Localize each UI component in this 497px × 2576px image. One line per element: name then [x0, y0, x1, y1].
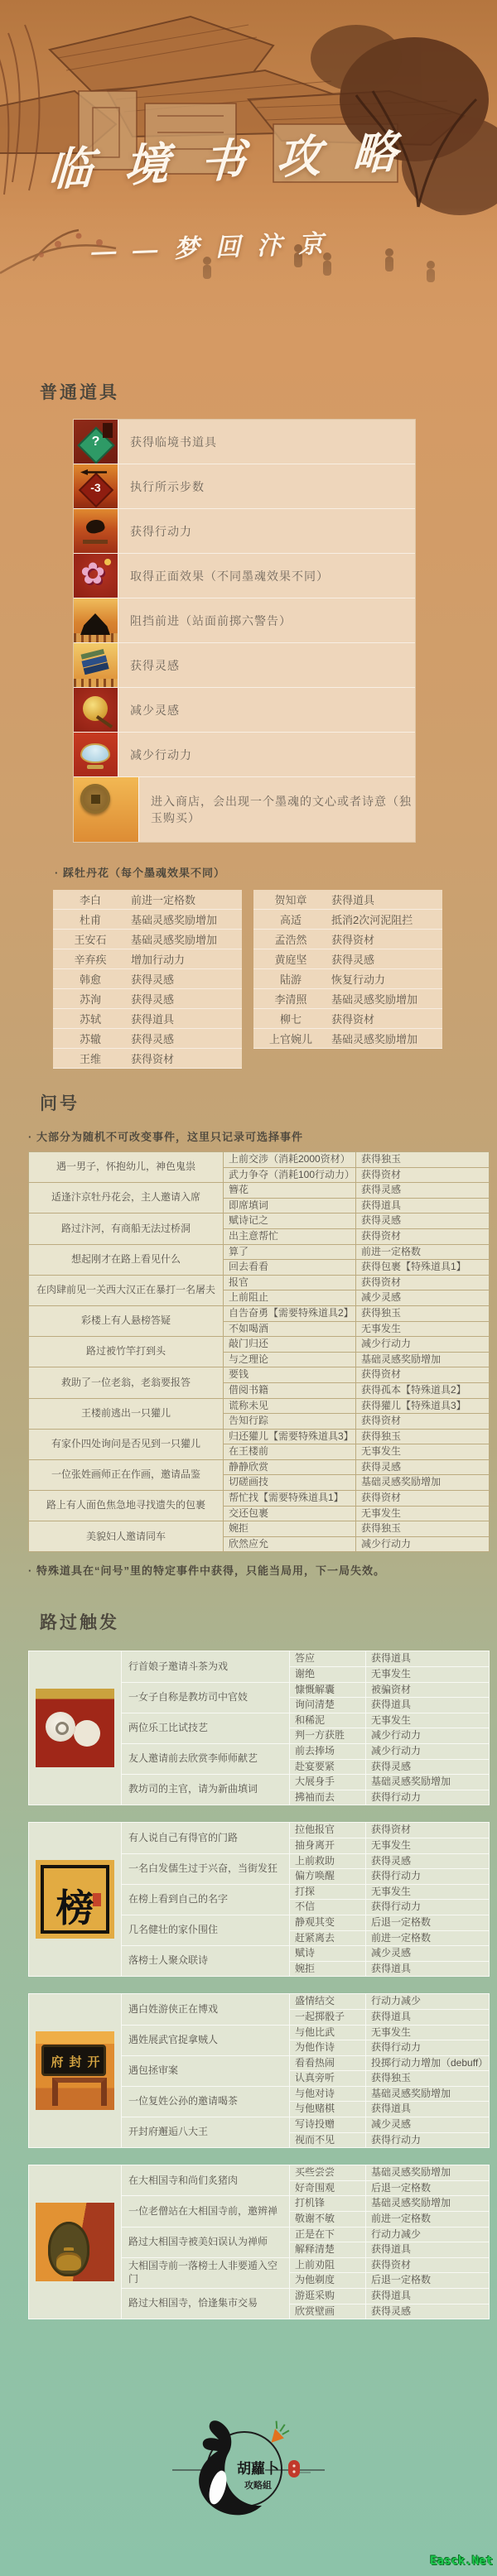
- choice-cell: 要钱: [224, 1367, 356, 1383]
- guide-page: 临境书攻略 ——梦回汴京 普通道具 ?获得临境书道具-3执行所示步数获得行动力取…: [0, 0, 497, 2576]
- result-cell: 被骗资材: [366, 1683, 490, 1699]
- choice-cell: 上前阻止: [224, 1290, 356, 1306]
- choice-cell: 不信: [290, 1900, 366, 1915]
- result-cell: 获得资材: [356, 1168, 490, 1184]
- mohun-name: 李清照: [253, 989, 328, 1009]
- event-cell: 一位复姓公孙的邀请喝茶: [122, 2087, 290, 2117]
- event-cell: 在肉肆前见一关西大汉正在暴打一名屠夫: [29, 1276, 224, 1306]
- choice-cell: 借阅书籍: [224, 1383, 356, 1399]
- event-cell: 救助了一位老翁，老翁要报答: [29, 1367, 224, 1398]
- result-cell: 基础灵感奖励增加: [366, 2196, 490, 2212]
- result-cell: 获得灵感: [366, 2304, 490, 2320]
- choice-cell: 告知行踪: [224, 1414, 356, 1430]
- choice-cell: 交还包裹: [224, 1507, 356, 1522]
- props-table: ?获得临境书道具-3执行所示步数获得行动力取得正面效果（不同墨魂效果不同）阻挡前…: [73, 419, 416, 843]
- result-cell: 减少行动力: [356, 1337, 490, 1353]
- peony-effect: 获得灵感: [328, 949, 442, 969]
- choice-cell: 回去看看: [224, 1260, 356, 1276]
- prop-row: -3执行所示步数: [74, 464, 415, 509]
- result-cell: 无事发生: [366, 2026, 490, 2041]
- result-cell: 减少行动力: [366, 1744, 490, 1760]
- choice-cell: 为他作诗: [290, 2040, 366, 2056]
- peony-effect: 获得资材: [328, 930, 442, 949]
- section-heading-passby: 路过触发: [40, 1609, 497, 1634]
- event-cell: 几名健壮的家仆围住: [122, 1915, 290, 1946]
- result-cell: 获得行动力: [366, 2133, 490, 2149]
- choice-cell: 不如喝酒: [224, 1322, 356, 1338]
- choice-cell: 游逛采购: [290, 2289, 366, 2304]
- footer: 胡蘿卜 攻略組: [0, 2417, 497, 2526]
- choice-cell: 询问清楚: [290, 1698, 366, 1713]
- result-cell: 获得道具: [366, 2102, 490, 2117]
- peony-row: 苏辙获得灵感: [53, 1029, 242, 1049]
- peony-effect: 基础灵感奖励增加: [328, 989, 442, 1009]
- peony-row: 苏洵获得灵感: [53, 989, 242, 1009]
- mohun-name: 苏辙: [53, 1029, 128, 1049]
- prop-row: 进入商店，会出现一个墨魂的文心或者诗意（独玉购买）: [74, 777, 415, 842]
- choice-cell: 静静欣赏: [224, 1460, 356, 1476]
- choice-cell: 抽身离开: [290, 1838, 366, 1854]
- bowl-icon: [74, 733, 118, 776]
- peony-effect: 恢复行动力: [328, 969, 442, 989]
- choice-cell: 欣然应允: [224, 1537, 356, 1553]
- event-cell: 路过被竹竿打到头: [29, 1337, 224, 1367]
- prop-row: 获得灵感: [74, 643, 415, 688]
- mohun-name: 贺知章: [253, 890, 328, 910]
- peony-row: 贺知章获得道具: [253, 890, 442, 910]
- event-cell: 路上有人面色焦急地寻找遗失的包裹: [29, 1491, 224, 1521]
- passby-icon-cell: 府封开: [29, 1994, 122, 2148]
- peony-table-left: 李白前进一定格数杜甫基础灵感奖励增加王安石基础灵感奖励增加辛弃疾增加行动力韩愈获…: [53, 890, 242, 1069]
- choice-cell: 上前交涉（消耗2000资材）: [224, 1152, 356, 1168]
- result-cell: 获得道具: [366, 1698, 490, 1713]
- mud-icon: [74, 598, 118, 642]
- peony-row: 王安石基础灵感奖励增加: [53, 930, 242, 949]
- carrot-guide-group-logo: 胡蘿卜 攻略組: [166, 2417, 331, 2526]
- result-cell: 前进一定格数: [366, 1931, 490, 1947]
- result-cell: 获得资材: [356, 1229, 490, 1245]
- prop-desc: 执行所示步数: [118, 464, 415, 508]
- linjing-book-icon-glyph: ?: [74, 435, 118, 449]
- peony-row: 王维获得资材: [53, 1049, 242, 1069]
- choice-cell: 打探: [290, 1885, 366, 1901]
- books-icon: [74, 643, 118, 687]
- choice-cell: 写诗投赠: [290, 2117, 366, 2133]
- passby-block: 行首娘子邀请斗茶为戏答应获得道具谢绝无事发生一女子自称是教坊司中官妓慷慨解囊被骗…: [28, 1651, 490, 1805]
- peony-effect: 抵消2次河泥阻拦: [328, 910, 442, 930]
- peony-icon: [74, 554, 118, 598]
- choice-cell: 谢绝: [290, 1667, 366, 1683]
- choice-cell: 赋诗: [290, 1946, 366, 1962]
- choice-cell: 前去捧场: [290, 1744, 366, 1760]
- choice-cell: 与之理论: [224, 1353, 356, 1368]
- choice-cell: 慷慨解囊: [290, 1683, 366, 1699]
- mohun-name: 柳七: [253, 1009, 328, 1029]
- result-cell: 减少行动力: [356, 1537, 490, 1553]
- mohun-name: 杜甫: [53, 910, 128, 930]
- choice-cell: 上前救助: [290, 1854, 366, 1870]
- peony-row: 李白前进一定格数: [53, 890, 242, 910]
- choice-cell: 盛情结交: [290, 1994, 366, 2010]
- peony-table-right: 贺知章获得道具高适抵消2次河泥阻拦孟浩然获得资材黄庭坚获得灵感陆游恢复行动力李清…: [253, 890, 442, 1049]
- passby-block: 榜有人说自己有得官的门路拉他报官获得资材抽身离开无事发生一名白发儒生过于兴奋，当…: [28, 1822, 490, 1977]
- peony-effect: 基础灵感奖励增加: [128, 930, 242, 949]
- result-cell: 基础灵感奖励增加: [366, 2087, 490, 2103]
- event-cell: 遇包拯审案: [122, 2056, 290, 2087]
- event-cell: 一名白发儒生过于兴奋，当街发狂: [122, 1854, 290, 1885]
- result-cell: 后退一定格数: [366, 2181, 490, 2197]
- choice-cell: 武力争夺（消耗100行动力）: [224, 1168, 356, 1184]
- event-cell: 行首娘子邀请斗茶为戏: [122, 1651, 290, 1682]
- peony-effect: 获得灵感: [128, 969, 242, 989]
- peony-row: 高适抵消2次河泥阻拦: [253, 910, 442, 930]
- peony-tables: 李白前进一定格数杜甫基础灵感奖励增加王安石基础灵感奖励增加辛弃疾增加行动力韩愈获…: [53, 890, 497, 1069]
- event-cell: 在榜上看到自己的名字: [122, 1885, 290, 1915]
- peony-note: · 踩牡丹花（每个墨魂效果不同）: [55, 864, 497, 880]
- result-cell: 获得灵感: [356, 1183, 490, 1199]
- result-cell: 获得灵感: [366, 1854, 490, 1870]
- logo-seal: [288, 2460, 300, 2477]
- result-cell: 无事发生: [366, 1667, 490, 1683]
- prop-row: ?获得临境书道具: [74, 420, 415, 464]
- buddha-icon: [36, 2203, 114, 2281]
- result-cell: 基础灵感奖励增加: [366, 1775, 490, 1790]
- choice-cell: 上前劝阻: [290, 2258, 366, 2274]
- result-cell: 无事发生: [366, 1838, 490, 1854]
- result-cell: 获得资材: [366, 1823, 490, 1838]
- peony-effect: 基础灵感奖励增加: [128, 910, 242, 930]
- peony-row: 陆游恢复行动力: [253, 969, 442, 989]
- choice-cell: 赶紧离去: [290, 1931, 366, 1947]
- steps-icon-glyph: -3: [74, 481, 118, 494]
- peony-row: 黄庭坚获得灵感: [253, 949, 442, 969]
- choice-cell: 出主意帮忙: [224, 1229, 356, 1245]
- result-cell: 获得独玉: [366, 2071, 490, 2087]
- choice-cell: 与他对诗: [290, 2087, 366, 2103]
- result-cell: 获得獾儿【特殊道具3】: [356, 1399, 490, 1415]
- passby-icon-cell: [29, 1651, 122, 1805]
- peony-row: 辛弃疾增加行动力: [53, 949, 242, 969]
- result-cell: 获得灵感: [356, 1460, 490, 1476]
- choice-cell: 赋诗记之: [224, 1214, 356, 1229]
- result-cell: 获得灵感: [356, 1214, 490, 1229]
- peony-effect: 增加行动力: [128, 949, 242, 969]
- peony-effect: 基础灵感奖励增加: [328, 1029, 442, 1049]
- choice-cell: 打机锋: [290, 2196, 366, 2212]
- event-cell: 王楼前逃出一只獾儿: [29, 1399, 224, 1430]
- event-cell: 遇白姓游侠正在博戏: [122, 1994, 290, 2025]
- event-cell: 想起刚才在路上看见什么: [29, 1245, 224, 1276]
- mohun-name: 黄庭坚: [253, 949, 328, 969]
- result-cell: 获得独玉: [356, 1152, 490, 1168]
- choice-cell: 视而不见: [290, 2133, 366, 2149]
- mohun-name: 韩愈: [53, 969, 128, 989]
- result-cell: 获得独玉: [356, 1521, 490, 1537]
- peony-row: 李清照基础灵感奖励增加: [253, 989, 442, 1009]
- event-cell: 大相国寺前一落榜士人非要遁入空门: [122, 2258, 290, 2289]
- mohun-name: 上官婉儿: [253, 1029, 328, 1049]
- result-cell: 获得资材: [366, 2258, 490, 2274]
- prop-desc: 进入商店，会出现一个墨魂的文心或者诗意（独玉购买）: [138, 777, 415, 842]
- result-cell: 获得资材: [356, 1367, 490, 1383]
- mohun-name: 李白: [53, 890, 128, 910]
- result-cell: 无事发生: [356, 1444, 490, 1460]
- mohun-name: 苏洵: [53, 989, 128, 1009]
- result-cell: 减少灵感: [356, 1290, 490, 1306]
- result-cell: 减少灵感: [366, 1946, 490, 1962]
- choice-cell: 看看热闹: [290, 2056, 366, 2072]
- mohun-name: 苏轼: [53, 1009, 128, 1029]
- choice-cell: 与他比武: [290, 2026, 366, 2041]
- choice-cell: 敬谢不敏: [290, 2212, 366, 2228]
- site-watermark: Easck.Net: [430, 2554, 493, 2568]
- section-question: 问号 · 大部分为随机不可改变事件，这里只记录可选择事件 遇一男子，怀抱幼儿，神…: [0, 1090, 497, 1578]
- result-cell: 行动力减少: [366, 1994, 490, 2010]
- result-cell: 获得行动力: [366, 2040, 490, 2056]
- coin-icon: [74, 777, 138, 842]
- prop-desc: 减少行动力: [118, 733, 415, 776]
- event-cell: 一位张姓画师正在作画，邀请品鉴: [29, 1460, 224, 1491]
- result-cell: 后退一定格数: [366, 2273, 490, 2289]
- prop-row: 取得正面效果（不同墨魂效果不同）: [74, 554, 415, 598]
- event-cell: 一女子自称是教坊司中官妓: [122, 1683, 290, 1713]
- prop-desc: 获得行动力: [118, 509, 415, 553]
- choice-cell: 拉他报官: [290, 1823, 366, 1838]
- passby-block: 在大相国寺和尚们炙猪肉买些尝尝基础灵感奖励增加好奇围观后退一定格数一位老僧站在大…: [28, 2165, 490, 2319]
- result-cell: 获得道具: [366, 2010, 490, 2026]
- logo-subtitle-text: 攻略組: [244, 2479, 272, 2491]
- hero-header: 临境书攻略 ——梦回汴京: [0, 0, 497, 356]
- peony-effect: 获得资材: [328, 1009, 442, 1029]
- result-cell: 获得道具: [366, 2242, 490, 2258]
- result-cell: 获得道具: [366, 1651, 490, 1667]
- peony-row: 韩愈获得灵感: [53, 969, 242, 989]
- tea-bowls-icon: [36, 1689, 114, 1767]
- choice-cell: 赴宴要紧: [290, 1760, 366, 1776]
- prop-row: 减少灵感: [74, 688, 415, 733]
- section-heading-props: 普通道具: [40, 379, 497, 404]
- peony-row: 杜甫基础灵感奖励增加: [53, 910, 242, 930]
- result-cell: 基础灵感奖励增加: [356, 1353, 490, 1368]
- choice-cell: 认真旁听: [290, 2071, 366, 2087]
- bird-icon: [74, 509, 118, 553]
- event-cell: 友人邀请前去欣赏李师师献艺: [122, 1744, 290, 1775]
- result-cell: 获得孤本【特殊道具2】: [356, 1383, 490, 1399]
- choice-cell: 为他剃度: [290, 2273, 366, 2289]
- event-cell: 教坊司的主官，请为新曲填词: [122, 1775, 290, 1805]
- peony-effect: 前进一定格数: [128, 890, 242, 910]
- event-cell: 落榜士人聚众联诗: [122, 1946, 290, 1977]
- result-cell: 无事发生: [366, 1713, 490, 1729]
- event-cell: 遇一男子，怀抱幼儿，神色鬼祟: [29, 1152, 224, 1183]
- result-cell: 获得道具: [366, 2289, 490, 2304]
- kaifeng-board-icon: 府封开: [36, 2031, 114, 2110]
- mohun-name: 王安石: [53, 930, 128, 949]
- passby-blocks: 行首娘子邀请斗茶为戏答应获得道具谢绝无事发生一女子自称是教坊司中官妓慷慨解囊被骗…: [28, 1651, 497, 2319]
- result-cell: 基础灵感奖励增加: [366, 2165, 490, 2181]
- choice-cell: 判一方获胜: [290, 1728, 366, 1744]
- bang-banner-icon: 榜: [36, 1860, 114, 1939]
- peony-effect: 获得资材: [128, 1049, 242, 1069]
- event-cell: 路过汴河，有商船无法过桥洞: [29, 1214, 224, 1244]
- result-cell: 无事发生: [366, 1885, 490, 1901]
- result-cell: 前进一定格数: [366, 2212, 490, 2228]
- passby-block: 府封开遇白姓游侠正在博戏盛情结交行动力减少一起掷骰子获得道具遇姓展武官捉拿贼人与…: [28, 1993, 490, 2148]
- section-heading-question: 问号: [40, 1090, 497, 1115]
- peony-effect: 获得道具: [328, 890, 442, 910]
- result-cell: 减少灵感: [366, 2117, 490, 2133]
- result-cell: 获得包裹【特殊道具1】: [356, 1260, 490, 1276]
- event-cell: 路过大相国寺被美妇误认为禅师: [122, 2228, 290, 2258]
- choice-cell: 正是在下: [290, 2228, 366, 2243]
- choice-cell: 欣赏壁画: [290, 2304, 366, 2320]
- event-cell: 适逢汴京牡丹花会，主人邀请入席: [29, 1183, 224, 1214]
- kaifeng-board-icon-glyph: 府封开: [39, 2053, 114, 2070]
- choice-cell: 报官: [224, 1276, 356, 1291]
- prop-desc: 减少灵感: [118, 688, 415, 732]
- choice-cell: 婉拒: [290, 1962, 366, 1978]
- prop-desc: 获得灵感: [118, 643, 415, 687]
- result-cell: 获得独玉: [356, 1306, 490, 1322]
- prop-row: 阻挡前进（站面前掷六警告）: [74, 598, 415, 643]
- choice-cell: 与他赌棋: [290, 2102, 366, 2117]
- result-cell: 获得道具: [356, 1199, 490, 1214]
- steps-icon: -3: [74, 464, 118, 508]
- choice-cell: 和稀泥: [290, 1713, 366, 1729]
- peony-effect: 获得灵感: [128, 989, 242, 1009]
- result-cell: 投掷行动力增加（debuff）: [366, 2056, 490, 2072]
- peony-row: 苏轼获得道具: [53, 1009, 242, 1029]
- gong-icon: [74, 688, 118, 732]
- choice-cell: 买些尝尝: [290, 2165, 366, 2181]
- mohun-name: 陆游: [253, 969, 328, 989]
- event-cell: 一位老僧站在大相国寺前，邀辨禅: [122, 2196, 290, 2227]
- choice-cell: 帮忙找【需要特殊道具1】: [224, 1491, 356, 1507]
- choice-cell: 簪花: [224, 1183, 356, 1199]
- prop-desc: 阻挡前进（站面前掷六警告）: [118, 598, 415, 642]
- choice-cell: 静观其变: [290, 1915, 366, 1931]
- result-cell: 后退一定格数: [366, 1915, 490, 1931]
- choice-cell: 在王楼前: [224, 1444, 356, 1460]
- mohun-name: 孟浩然: [253, 930, 328, 949]
- result-cell: 无事发生: [356, 1507, 490, 1522]
- peony-effect: 获得道具: [128, 1009, 242, 1029]
- section-props: 普通道具 ?获得临境书道具-3执行所示步数获得行动力取得正面效果（不同墨魂效果不…: [0, 379, 497, 1069]
- peony-effect: 获得灵感: [128, 1029, 242, 1049]
- result-cell: 无事发生: [356, 1322, 490, 1338]
- choice-cell: 切磋画技: [224, 1475, 356, 1491]
- choice-cell: 一起掷骰子: [290, 2010, 366, 2026]
- result-cell: 获得行动力: [366, 1900, 490, 1915]
- choice-cell: 解释清楚: [290, 2242, 366, 2258]
- mohun-name: 高适: [253, 910, 328, 930]
- event-cell: 有人说自己有得官的门路: [122, 1823, 290, 1853]
- result-cell: 获得行动力: [366, 1790, 490, 1806]
- choice-cell: 归还獾儿【需要特殊道具3】: [224, 1430, 356, 1445]
- peony-row: 柳七获得资材: [253, 1009, 442, 1029]
- event-cell: 在大相国寺和尚们炙猪肉: [122, 2165, 290, 2196]
- result-cell: 行动力减少: [366, 2228, 490, 2243]
- question-note: · 大部分为随机不可改变事件，这里只记录可选择事件: [28, 1128, 497, 1144]
- event-cell: 有家仆四处询问是否见到一只獾儿: [29, 1430, 224, 1460]
- result-cell: 获得灵感: [366, 1760, 490, 1776]
- question-table: 遇一男子，怀抱幼儿，神色鬼祟上前交涉（消耗2000资材）获得独玉武力争夺（消耗1…: [28, 1151, 490, 1552]
- choice-cell: 拂袖而去: [290, 1790, 366, 1806]
- choice-cell: 算了: [224, 1245, 356, 1261]
- event-cell: 开封府邂逅八大王: [122, 2117, 290, 2148]
- event-cell: 遇姓展武官捉拿贼人: [122, 2026, 290, 2056]
- prop-row: 减少行动力: [74, 733, 415, 777]
- result-cell: 获得道具: [366, 1962, 490, 1978]
- prop-row: 获得行动力: [74, 509, 415, 554]
- choice-cell: 偏方唤醒: [290, 1869, 366, 1885]
- choice-cell: 敲门归还: [224, 1337, 356, 1353]
- result-cell: 减少行动力: [366, 1728, 490, 1744]
- choice-cell: 谎称未见: [224, 1399, 356, 1415]
- peony-row: 上官婉儿基础灵感奖励增加: [253, 1029, 442, 1049]
- choice-cell: 即席填词: [224, 1199, 356, 1214]
- bang-banner-icon-glyph: 榜: [36, 1878, 114, 1933]
- prop-desc: 取得正面效果（不同墨魂效果不同）: [118, 554, 415, 598]
- result-cell: 获得独玉: [356, 1430, 490, 1445]
- choice-cell: 答应: [290, 1651, 366, 1667]
- result-cell: 基础灵感奖励增加: [356, 1475, 490, 1491]
- passby-icon-cell: 榜: [29, 1823, 122, 1977]
- linjing-book-icon: ?: [74, 420, 118, 464]
- section-passby: 路过触发 行首娘子邀请斗茶为戏答应获得道具谢绝无事发生一女子自称是教坊司中官妓慷…: [0, 1609, 497, 2319]
- logo-name-text: 胡蘿卜: [237, 2460, 279, 2477]
- result-cell: 获得资材: [356, 1276, 490, 1291]
- passby-icon-cell: [29, 2165, 122, 2319]
- result-cell: 获得资材: [356, 1414, 490, 1430]
- prop-desc: 获得临境书道具: [118, 420, 415, 464]
- choice-cell: 自告奋勇【需要特殊道具2】: [224, 1306, 356, 1322]
- mohun-name: 王维: [53, 1049, 128, 1069]
- event-cell: 路过大相国寺，恰逢集市交易: [122, 2289, 290, 2319]
- peony-row: 孟浩然获得资材: [253, 930, 442, 949]
- mohun-name: 辛弃疾: [53, 949, 128, 969]
- result-cell: 获得资材: [356, 1491, 490, 1507]
- choice-cell: 大展身手: [290, 1775, 366, 1790]
- event-cell: 两位乐工比试技艺: [122, 1713, 290, 1744]
- event-cell: 彩楼上有人悬榜答疑: [29, 1306, 224, 1337]
- special-item-footnote: · 特殊道具在“问号”里的特定事件中获得，只能当局用，下一局失效。: [28, 1562, 497, 1578]
- choice-cell: 婉拒: [224, 1521, 356, 1537]
- result-cell: 获得行动力: [366, 1869, 490, 1885]
- event-cell: 美貌妇人邀请同车: [29, 1521, 224, 1552]
- choice-cell: 好奇围观: [290, 2181, 366, 2197]
- result-cell: 前进一定格数: [356, 1245, 490, 1261]
